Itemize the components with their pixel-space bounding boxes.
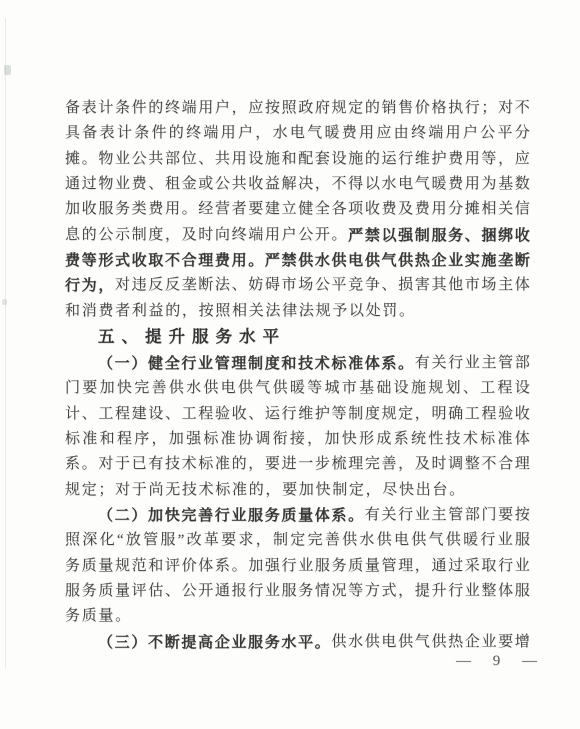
text-line: 备表计条件的终端用户，应按照政府规定的销售价格执行；对不 [65, 96, 530, 121]
scan-artifact-smudge [4, 65, 11, 75]
text-line: 通过物业费、租金或公共收益解决，不得以水电气暖费用为基数 [65, 172, 530, 197]
document-body: 备表计条件的终端用户，应按照政府规定的销售价格执行；对不具备表计条件的终端用户，… [65, 96, 530, 655]
page-number: — 9 — [456, 653, 542, 670]
text-line: 系。对于已有技术标准的，要进一步梳理完善，及时调整不合理 [65, 452, 530, 477]
text-line: 行为，对违反反垄断法、妨碍市场公平竞争、损害其他市场主体 [65, 273, 530, 298]
text-line: 费等形式收取不合理费用。严禁供水供电供气供热企业实施垄断 [65, 248, 530, 273]
text-line: 和消费者利益的，按照相关法律法规予以处罚。 [65, 299, 530, 324]
text-line: 计、工程建设、工程验收、运行维护等制度规定，明确工程验收 [65, 402, 530, 427]
text-line: （一）健全行业管理制度和技术标准体系。有关行业主管部 [65, 351, 530, 376]
text-line: 服务质量评估、公开通报行业服务情况等方式，提升行业整体服 [65, 579, 530, 604]
text-line: 规定；对于尚无技术标准的，要加快制定，尽快出台。 [65, 478, 530, 503]
text-line: （二）加快完善行业服务质量体系。有关行业主管部门要按 [65, 503, 530, 528]
section-heading: 五、提升服务水平 [65, 324, 530, 351]
scan-artifact-smudge [2, 299, 7, 305]
text-line: 具备表计条件的终端用户，水电气暖费用应由终端用户公平分 [65, 121, 530, 146]
text-line: 摊。物业公共部位、共用设施和配套设施的运行维护费用等，应 [65, 147, 530, 172]
document-page: 备表计条件的终端用户，应按照政府规定的销售价格执行；对不具备表计条件的终端用户，… [0, 0, 580, 729]
text-line: 息的公示制度，及时向终端用户公开。严禁以强制服务、捆绑收 [65, 223, 530, 248]
text-line: 务质量规范和评价体系。加强行业服务质量管理，通过采取行业 [65, 554, 530, 579]
text-line: 务质量。 [65, 604, 530, 629]
text-line: 照深化“放管服”改革要求，制定完善供水供电供气供暖行业服 [65, 528, 530, 553]
text-line: （三）不断提高企业服务水平。供水供电供气供热企业要增 [65, 630, 530, 655]
text-line: 标准和程序，加强标准协调衔接，加快形成系统性技术标准体 [65, 427, 530, 452]
text-line: 门要加快完善供水供电供气供暖等城市基础设施规划、工程设 [65, 376, 530, 401]
text-line: 加收服务类费用。经营者要建立健全各项收费及费用分摊相关信 [65, 197, 530, 222]
scan-artifact-edge-line [5, 18, 6, 668]
